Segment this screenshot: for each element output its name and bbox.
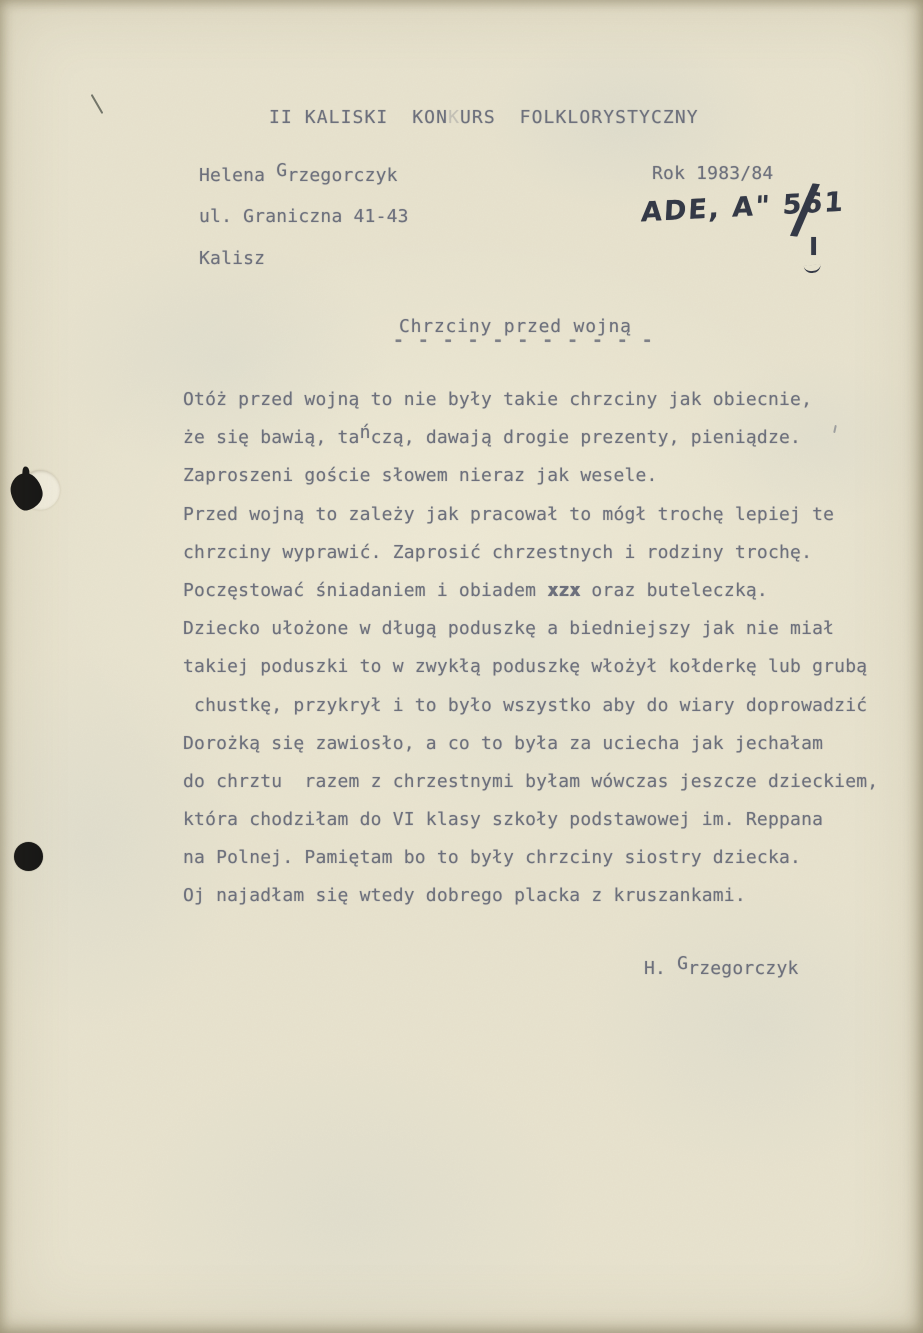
pen-tick-mark (91, 94, 104, 114)
year-label: Rok 1983/84 (652, 163, 773, 184)
text-segment: Zaproszeni goście słowem nieraz jak wese… (183, 465, 658, 486)
document-body: Otóż przed wojną to nie były takie chrzc… (183, 381, 903, 916)
author-name: Helena Grzegorczyk (199, 165, 398, 186)
text-segment: takiej poduszki to w zwykłą poduszkę wło… (183, 656, 867, 677)
body-line: Przed wojną to zależy jak pracował to mó… (183, 496, 903, 534)
text-segment: xzx (547, 580, 580, 601)
archive-annotation: ADE, A" 561 / I (641, 182, 871, 282)
text-segment: Poczęstować śniadaniem i obiadem (183, 580, 547, 601)
body-line: Dziecko ułożone w długą poduszkę a biedn… (183, 610, 903, 648)
archive-numerator: I (809, 232, 818, 261)
body-line: chustkę, przykrył i to było wszystko aby… (183, 687, 903, 725)
text-segment: Dziecko ułożone w długą poduszkę a biedn… (183, 618, 834, 639)
text-segment: że się bawią, ta (183, 427, 360, 448)
text-segment: URS FOLKLORYSTYCZNY (460, 107, 699, 128)
body-line: że się bawią, tańczą, dawają drogie prez… (183, 419, 903, 457)
body-line: Oj najadłam się wtedy dobrego placka z k… (183, 877, 903, 915)
text-segment: czą, dawają drogie prezenty, pieniądze. (371, 427, 801, 448)
text-segment: chrzciny wyprawić. Zaprosić chrzestnych … (183, 542, 812, 563)
text-segment: H. (644, 958, 677, 979)
text-segment: do chrztu razem z chrzestnymi byłam wówc… (183, 771, 878, 792)
text-segment: na Polnej. Pamiętam bo to były chrzciny … (183, 847, 801, 868)
text-segment: rzegorczyk (287, 165, 397, 186)
scanned-document-page: II KALISKI KONKURS FOLKLORYSTYCZNY Helen… (0, 0, 923, 1333)
body-line: chrzciny wyprawić. Zaprosić chrzestnych … (183, 534, 903, 572)
text-segment: G (276, 160, 287, 181)
text-segment: oraz buteleczką. (580, 580, 768, 601)
body-line: takiej poduszki to w zwykłą poduszkę wło… (183, 648, 903, 686)
text-segment: II KALISKI KON (269, 107, 448, 128)
text-segment: Dorożką się zawiosło, a co to była za uc… (183, 733, 823, 754)
text-segment: rzegorczyk (688, 958, 798, 979)
author-address: ul. Graniczna 41-43 (199, 206, 409, 227)
body-line: Otóż przed wojną to nie były takie chrzc… (183, 381, 903, 419)
ink-dot (14, 842, 43, 871)
body-line: Zaproszeni goście słowem nieraz jak wese… (183, 457, 903, 495)
text-segment: która chodziłam do VI klasy szkoły podst… (183, 809, 823, 830)
document-title-underline: - - - - - - - - - - - (393, 330, 654, 351)
text-segment: Otóż przed wojną to nie były takie chrzc… (183, 389, 812, 410)
text-segment: chustkę, przykrył i to było wszystko aby… (183, 695, 867, 716)
text-segment: Helena (199, 165, 276, 186)
signature: H. Grzegorczyk (644, 958, 799, 979)
body-line: do chrztu razem z chrzestnymi byłam wówc… (183, 763, 903, 801)
text-segment: ń (360, 422, 371, 443)
body-line: Poczęstować śniadaniem i obiadem xzx ora… (183, 572, 903, 610)
body-line: Dorożką się zawiosło, a co to była za uc… (183, 725, 903, 763)
text-segment: Przed wojną to zależy jak pracował to mó… (183, 504, 834, 525)
text-segment: Oj najadłam się wtedy dobrego placka z k… (183, 885, 746, 906)
body-line: na Polnej. Pamiętam bo to były chrzciny … (183, 839, 903, 877)
text-segment: G (677, 953, 688, 974)
text-segment: K (448, 107, 460, 128)
archive-numerator-underline (804, 264, 822, 274)
contest-title: II KALISKI KONKURS FOLKLORYSTYCZNY (269, 107, 699, 128)
body-line: która chodziłam do VI klasy szkoły podst… (183, 801, 903, 839)
author-city: Kalisz (199, 248, 265, 269)
